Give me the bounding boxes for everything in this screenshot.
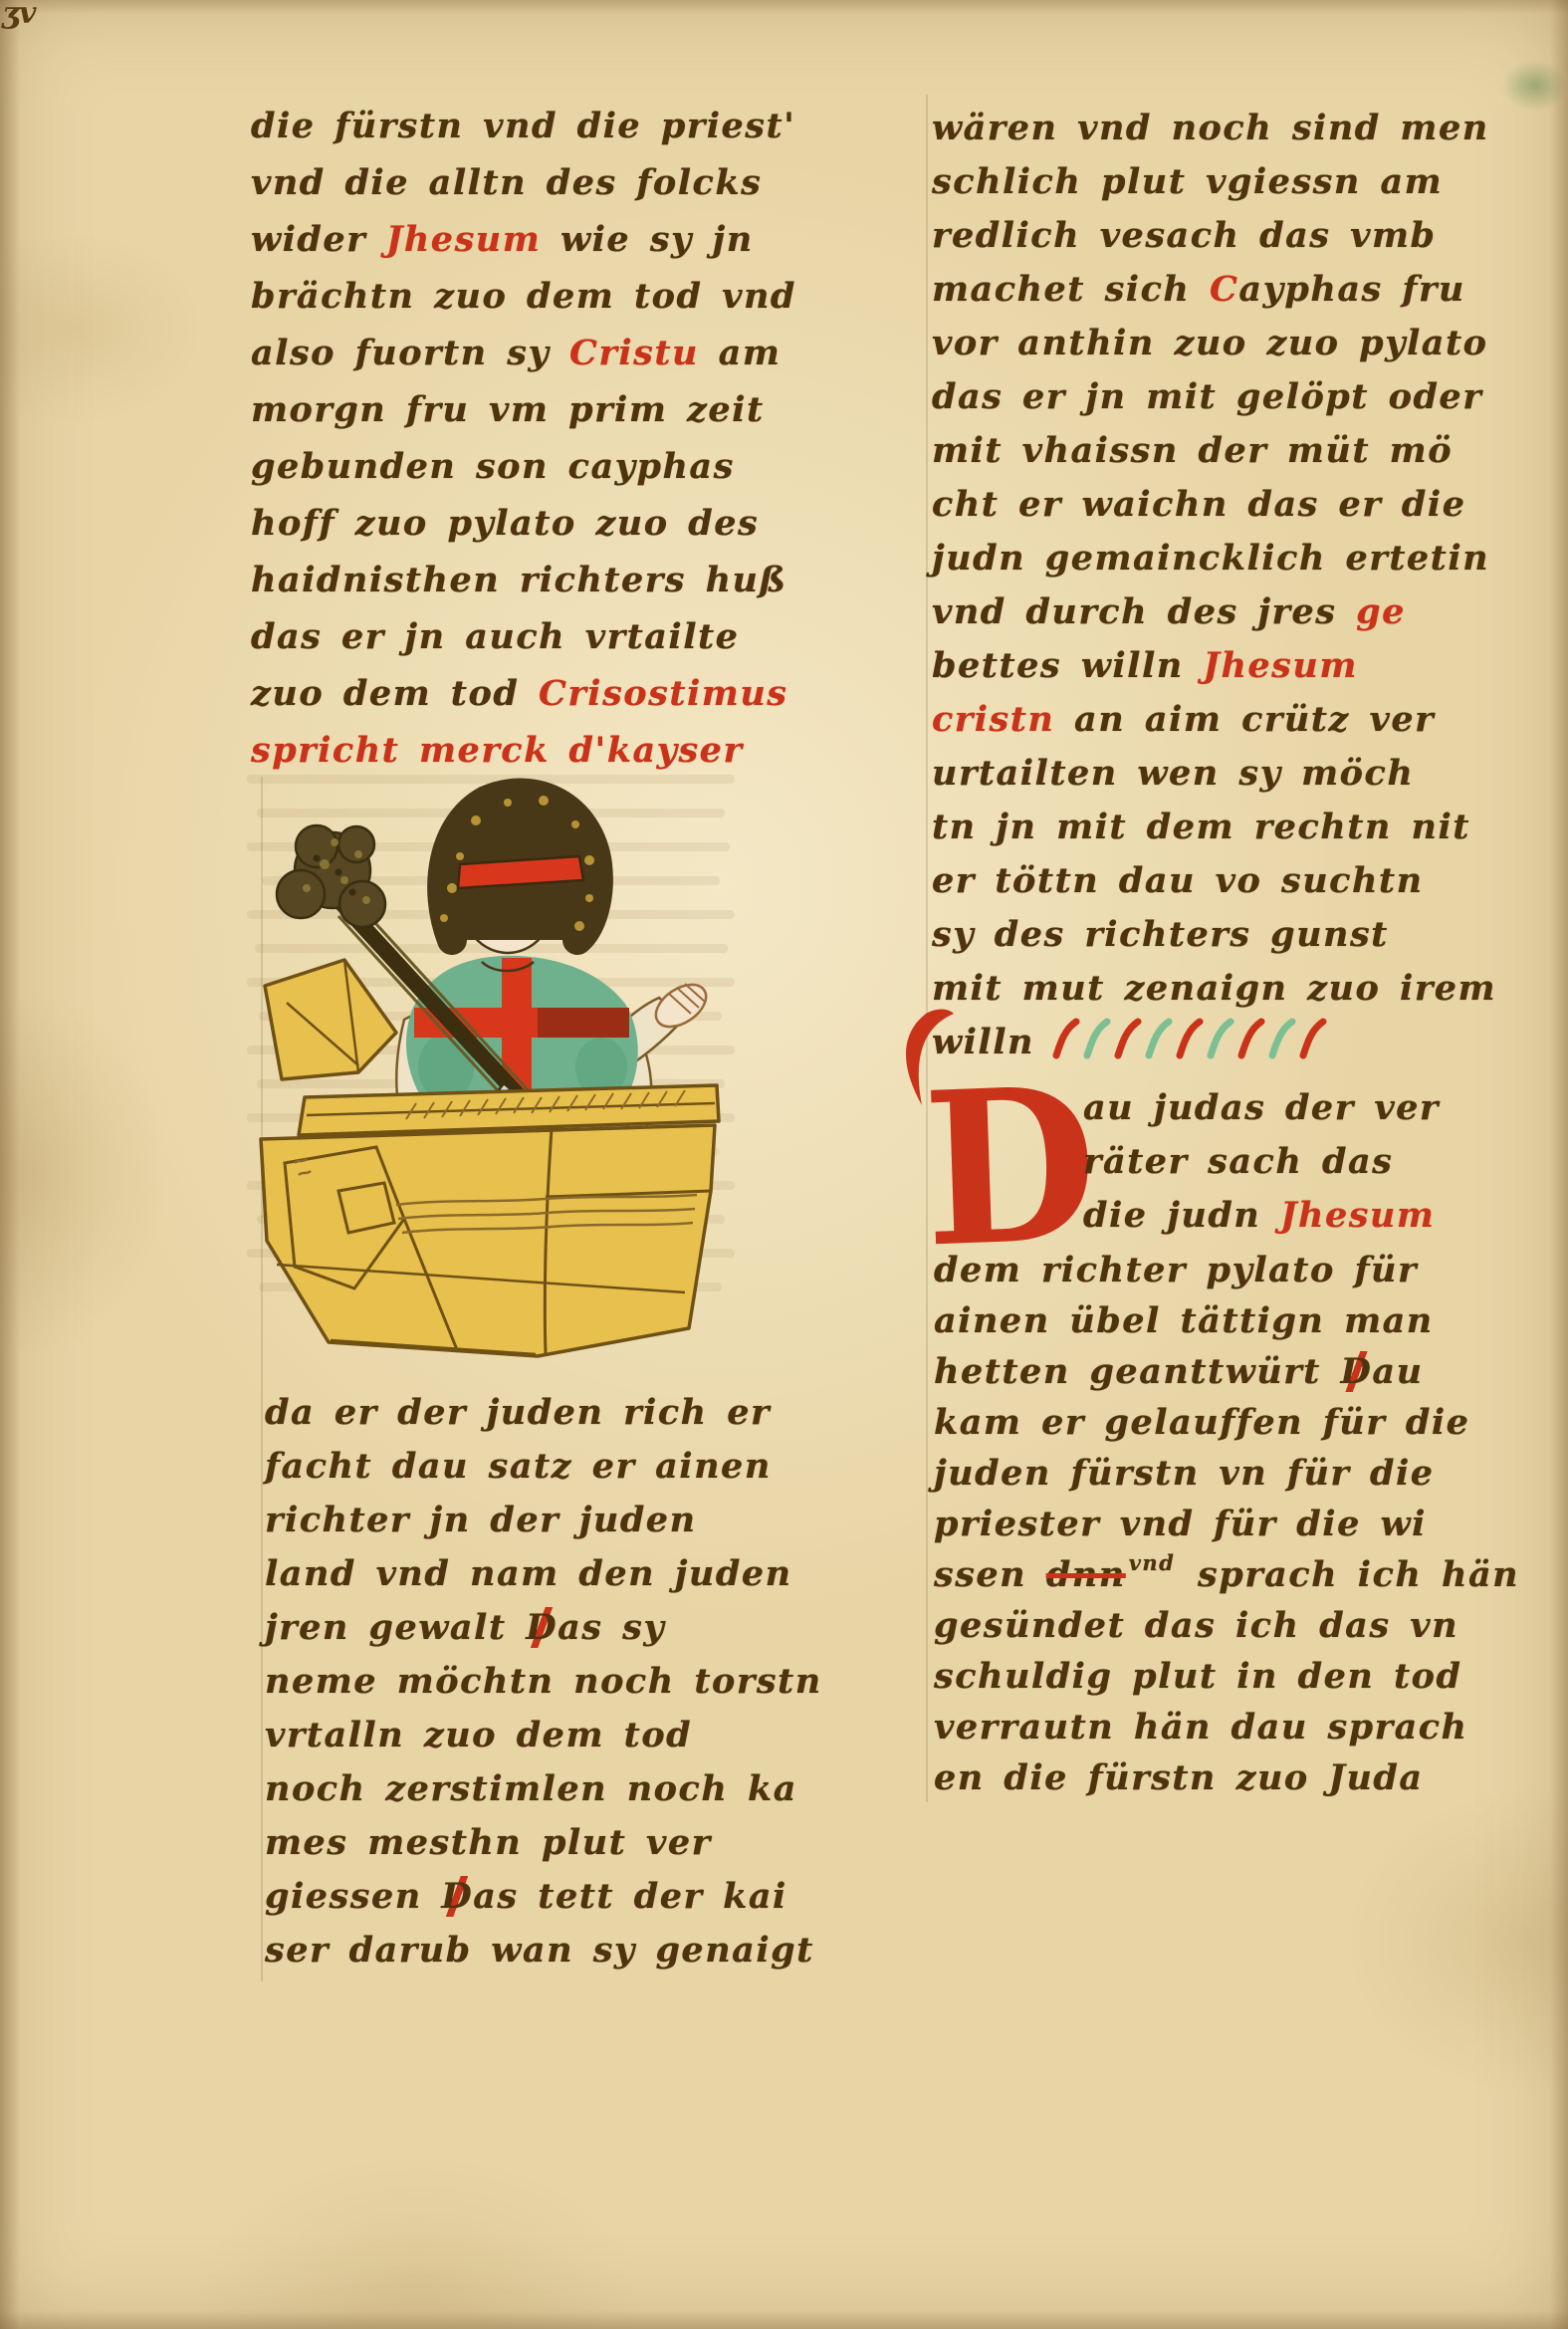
ink-text-segment: giessen	[265, 1876, 441, 1917]
ink-text-segment: morgn fru vm prim zeit	[251, 389, 765, 430]
ink-text-segment: am	[699, 333, 781, 373]
text-line: ainen übel tättign man	[934, 1295, 1519, 1346]
text-line: mes mesthn plut ver	[265, 1816, 822, 1870]
text-line: vor anthin zuo zuo pylato	[932, 317, 1496, 370]
text-line: wären vnd noch sind men	[932, 102, 1496, 155]
text-line: da er der juden rich er	[265, 1386, 822, 1440]
right-column-text-beside-initial: au judas der verräter sach dasdie judn J…	[1083, 1081, 1440, 1243]
ink-text-segment: haidnisthen richters huß	[251, 560, 787, 600]
text-line: morgn fru vm prim zeit	[251, 381, 796, 438]
ink-text-segment: gesündet das ich das vn	[934, 1605, 1458, 1646]
ink-text-segment: hetten geanttwürt	[934, 1351, 1341, 1392]
ink-text-segment: juden fürstn vn für die	[934, 1453, 1435, 1494]
ink-text-segment: zuo dem tod	[251, 673, 539, 714]
ink-text-segment: bettes willn	[932, 645, 1203, 686]
text-line: vnd die alltn des folcks	[251, 154, 796, 211]
ink-text-segment: gebunden son cayphas	[251, 446, 735, 487]
manuscript-page: ʒv die fürstn vnd die priest'vnd die all…	[0, 0, 1568, 2329]
ink-text-segment: cht er waichn das er die	[932, 484, 1465, 525]
right-column-upper-text: wären vnd noch sind menschlich plut vgie…	[932, 102, 1496, 1069]
ink-text-segment: neme möchtn noch torstn	[265, 1661, 822, 1702]
text-line: urtailten wen sy möch	[932, 747, 1496, 801]
text-line: cristn an aim crütz ver	[932, 693, 1496, 747]
ink-text-segment: noch zerstimlen noch ka	[265, 1768, 797, 1809]
rubric-text-segment: cristn	[932, 699, 1054, 740]
text-line: kam er gelauffen für die	[934, 1397, 1519, 1448]
ink-text-segment: vnd	[1129, 1550, 1176, 1575]
text-line: also fuortn sy Cristu am	[251, 325, 796, 381]
text-line: machet sich Cayphas fru	[932, 263, 1496, 317]
ink-text-segment: hoff zuo pylato zuo des	[251, 503, 759, 544]
ink-text-segment: sprach ich hän	[1178, 1554, 1519, 1595]
text-line: die fürstn vnd die priest'	[251, 98, 796, 154]
illustration-emperor-in-pulpit	[247, 769, 745, 1406]
text-line: mit mut zenaign zuo irem	[932, 962, 1496, 1016]
text-line: jren gewalt Das sy	[265, 1601, 822, 1655]
ink-text-segment: mit mut zenaign zuo irem	[932, 968, 1496, 1009]
rubric-text-segment: Jhesum	[386, 219, 541, 260]
text-line: die judn Jhesum	[1083, 1189, 1440, 1243]
text-line: sy des richters gunst	[932, 908, 1496, 962]
text-line: ssen dnnvnd sprach ich hän	[934, 1549, 1519, 1600]
text-line: judn gemaincklich ertetin	[932, 532, 1496, 585]
ink-text-segment: vnd die alltn des folcks	[251, 162, 762, 203]
ink-text-segment: vor anthin zuo zuo pylato	[932, 323, 1487, 363]
ink-text-segment: priester vnd für die wi	[934, 1504, 1427, 1544]
text-line: bettes willn Jhesum	[932, 639, 1496, 693]
text-line: schuldig plut in den tod	[934, 1651, 1519, 1702]
text-line: hetten geanttwürt Dau	[934, 1346, 1519, 1397]
text-line: haidnisthen richters huß	[251, 552, 796, 608]
text-line: räter sach das	[1083, 1135, 1440, 1189]
ink-text-segment: das er jn mit gelöpt oder	[932, 376, 1482, 417]
text-line: schlich plut vgiessn am	[932, 155, 1496, 209]
ink-text-segment: brächtn zuo dem tod vnd	[251, 276, 796, 317]
ink-text-segment: D	[526, 1607, 558, 1648]
ink-text-segment: jren gewalt	[265, 1607, 526, 1648]
ink-text-segment: wider	[251, 219, 386, 260]
ink-text-segment: as sy	[558, 1607, 665, 1648]
text-line: giessen Das tett der kai	[265, 1870, 822, 1924]
rubric-text-segment: C	[1210, 269, 1238, 310]
ink-text-segment: kam er gelauffen für die	[934, 1402, 1469, 1443]
ink-text-segment: die judn	[1083, 1195, 1280, 1236]
ink-text-segment: as tett der kai	[473, 1876, 787, 1917]
rubric-text-segment: Cristu	[569, 333, 699, 373]
ink-text-segment: au	[1372, 1351, 1423, 1392]
text-line: ser darub wan sy genaigt	[265, 1924, 822, 1978]
text-line: dem richter pylato für	[934, 1245, 1519, 1295]
text-line: gesündet das ich das vn	[934, 1600, 1519, 1651]
ink-text-segment: au judas der ver	[1083, 1087, 1440, 1128]
ink-text-segment: machet sich	[932, 269, 1210, 310]
ink-text-segment: judn gemaincklich ertetin	[932, 538, 1489, 579]
ink-text-segment: wären vnd noch sind men	[932, 108, 1489, 148]
ink-text-segment: land vnd nam den juden	[265, 1553, 792, 1594]
folio-mark: ʒv	[2, 0, 36, 31]
ink-text-segment: da er der juden rich er	[265, 1392, 771, 1433]
ink-text-segment: mit vhaissn der müt mö	[932, 430, 1453, 471]
text-line: brächtn zuo dem tod vnd	[251, 268, 796, 325]
ink-text-segment: richter jn der juden	[265, 1500, 697, 1540]
ink-text-segment: dnn	[1046, 1554, 1126, 1595]
ink-text-segment: ainen übel tättign man	[934, 1300, 1434, 1341]
ink-text-segment: redlich vesach das vmb	[932, 215, 1437, 256]
ink-text-segment: D	[441, 1876, 473, 1917]
ink-text-segment: ssen	[934, 1554, 1046, 1595]
text-line: tn jn mit dem rechtn nit	[932, 801, 1496, 854]
ink-text-segment: also fuortn sy	[251, 333, 569, 373]
text-line: vnd durch des jres ge	[932, 585, 1496, 639]
illustration-hat	[440, 794, 598, 940]
rubric-text-segment: ge	[1356, 591, 1406, 632]
text-line: cht er waichn das er die	[932, 478, 1496, 532]
ink-text-segment: mes mesthn plut ver	[265, 1822, 712, 1863]
right-column-lower-text: dem richter pylato fürainen übel tättign…	[934, 1245, 1519, 1803]
text-line: gebunden son cayphas	[251, 438, 796, 495]
ink-text-segment: schuldig plut in den tod	[934, 1656, 1461, 1697]
text-line: zuo dem tod Crisostimus	[251, 665, 796, 722]
text-line: richter jn der juden	[265, 1494, 822, 1547]
text-line: verrautn hän dau sprach	[934, 1702, 1519, 1752]
left-column-upper-text: die fürstn vnd die priest'vnd die alltn …	[251, 98, 796, 779]
ink-text-segment: sy des richters gunst	[932, 914, 1389, 955]
ink-text-segment: ayphas fru	[1238, 269, 1464, 310]
ink-text-segment: er töttn dau vo suchtn	[932, 860, 1424, 901]
ink-text-segment: die fürstn vnd die priest'	[251, 106, 795, 146]
text-line: redlich vesach das vmb	[932, 209, 1496, 263]
text-line: en die fürstn zuo Juda	[934, 1752, 1519, 1803]
text-line: noch zerstimlen noch ka	[265, 1762, 822, 1816]
ink-text-segment: ser darub wan sy genaigt	[265, 1930, 814, 1971]
text-line: priester vnd für die wi	[934, 1499, 1519, 1549]
ink-text-segment: vnd durch des jres	[932, 591, 1356, 632]
text-line: mit vhaissn der müt mö	[932, 424, 1496, 478]
rubric-text-segment: Crisostimus	[539, 673, 788, 714]
text-line: das er jn mit gelöpt oder	[932, 370, 1496, 424]
text-line: neme möchtn noch torstn	[265, 1655, 822, 1709]
ink-text-segment: tn jn mit dem rechtn nit	[932, 807, 1470, 847]
text-line: wider Jhesum wie sy jn	[251, 211, 796, 268]
text-line: au judas der ver	[1083, 1081, 1440, 1135]
ink-text-segment: an aim crütz ver	[1054, 699, 1435, 740]
left-column-lower-text: da er der juden rich erfacht dau satz er…	[265, 1386, 822, 1978]
text-line: facht dau satz er ainen	[265, 1440, 822, 1494]
text-line: juden fürstn vn für die	[934, 1448, 1519, 1499]
illustration-pulpit	[261, 1085, 719, 1356]
ruling-line-right	[926, 95, 928, 1802]
text-line: vrtalln zuo dem tod	[265, 1709, 822, 1762]
ink-text-segment: wie sy jn	[541, 219, 753, 260]
text-line: land vnd nam den juden	[265, 1547, 822, 1601]
ink-text-segment: vrtalln zuo dem tod	[265, 1715, 692, 1755]
ink-text-segment: schlich plut vgiessn am	[932, 161, 1443, 202]
ink-text-segment: räter sach das	[1083, 1141, 1393, 1182]
ink-text-segment: das er jn auch vrtailte	[251, 616, 739, 657]
text-line: spricht merck d'kayser	[251, 722, 796, 779]
text-line: er töttn dau vo suchtn	[932, 854, 1496, 908]
ink-text-segment: en die fürstn zuo Juda	[934, 1757, 1424, 1798]
ink-text-segment: verrautn hän dau sprach	[934, 1707, 1468, 1747]
rubric-text-segment: spricht merck d'kayser	[251, 730, 743, 771]
rubric-text-segment: Jhesum	[1280, 1195, 1435, 1236]
ink-text-segment: facht dau satz er ainen	[265, 1446, 772, 1487]
text-line: das er jn auch vrtailte	[251, 608, 796, 665]
ink-text-segment: D	[1341, 1351, 1373, 1392]
ink-text-segment: dem richter pylato für	[934, 1250, 1418, 1290]
ink-text-segment: urtailten wen sy möch	[932, 753, 1414, 794]
text-line: hoff zuo pylato zuo des	[251, 495, 796, 552]
rubric-text-segment: Jhesum	[1203, 645, 1357, 686]
